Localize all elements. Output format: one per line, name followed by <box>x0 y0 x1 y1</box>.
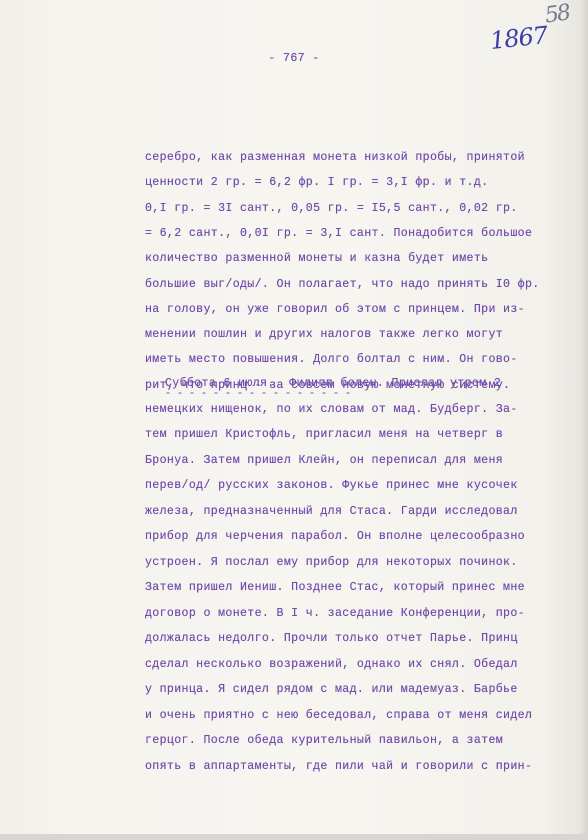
text-line: тем пришел Кристофль, пригласил меня на … <box>145 427 503 443</box>
text-line: большие выг/оды/. Он полагает, что надо … <box>145 277 540 293</box>
text-line: у принца. Я сидел рядом с мад. или мадем… <box>145 682 518 698</box>
text-line: количество разменной монеты и казна буде… <box>145 251 488 267</box>
text-line: и очень приятно с нею беседовал, справа … <box>145 708 532 724</box>
handwritten-folio-number: 58 <box>543 0 570 28</box>
text-line: ценности 2 гр. = 6,2 фр. I гр. = 3,I фр.… <box>145 175 488 191</box>
text-line: Бронуа. Затем пришел Клейн, он переписал… <box>145 453 503 469</box>
text-line: серебро, как разменная монета низкой про… <box>145 150 525 166</box>
handwritten-year: 1867 <box>489 21 549 55</box>
text-line: устроен. Я послал ему прибор для некотор… <box>145 555 518 571</box>
text-line: Затем пришел Иениш. Позднее Стас, которы… <box>145 580 525 596</box>
text-line: на голову, он уже говорил об этом с прин… <box>145 302 525 318</box>
text-line: железа, предназначенный для Стаса. Гарди… <box>145 504 518 520</box>
document-page: 58 1867 - 767 - серебро, как разменная м… <box>0 0 588 840</box>
text-line: договор о монете. В I ч. заседание Конфе… <box>145 606 525 622</box>
text-line: должалась недолго. Прочли только отчет П… <box>145 631 518 647</box>
text-line: = 6,2 сант., 0,0I гр. = 3,I сант. Понадо… <box>145 226 532 242</box>
page-number: - 767 - <box>0 52 588 65</box>
text-line: сделал несколько возражений, однако их с… <box>145 657 518 673</box>
text-line: 0,I гр. = 3I сант., 0,05 гр. = I5,5 сант… <box>145 201 518 217</box>
page-bottom-edge <box>0 834 588 840</box>
text-line: немецких нищенок, по их словам от мад. Б… <box>145 402 518 418</box>
date-heading-underline: - - - - - - - - - - - - - - - - <box>165 389 351 400</box>
text-line: опять в аппартаменты, где пили чай и гов… <box>145 759 532 775</box>
text-line: перев/од/ русских законов. Фукье принес … <box>145 478 518 494</box>
page-edge-shadow <box>580 0 588 840</box>
text-line: прибор для черчения парабол. Он вполне ц… <box>145 529 525 545</box>
text-line: менении пошлин и других налогов также ле… <box>145 327 503 343</box>
text-line: иметь место повышения. Долго болтал с ни… <box>145 352 518 368</box>
text-line: герцог. После обеда курительный павильон… <box>145 733 503 749</box>
